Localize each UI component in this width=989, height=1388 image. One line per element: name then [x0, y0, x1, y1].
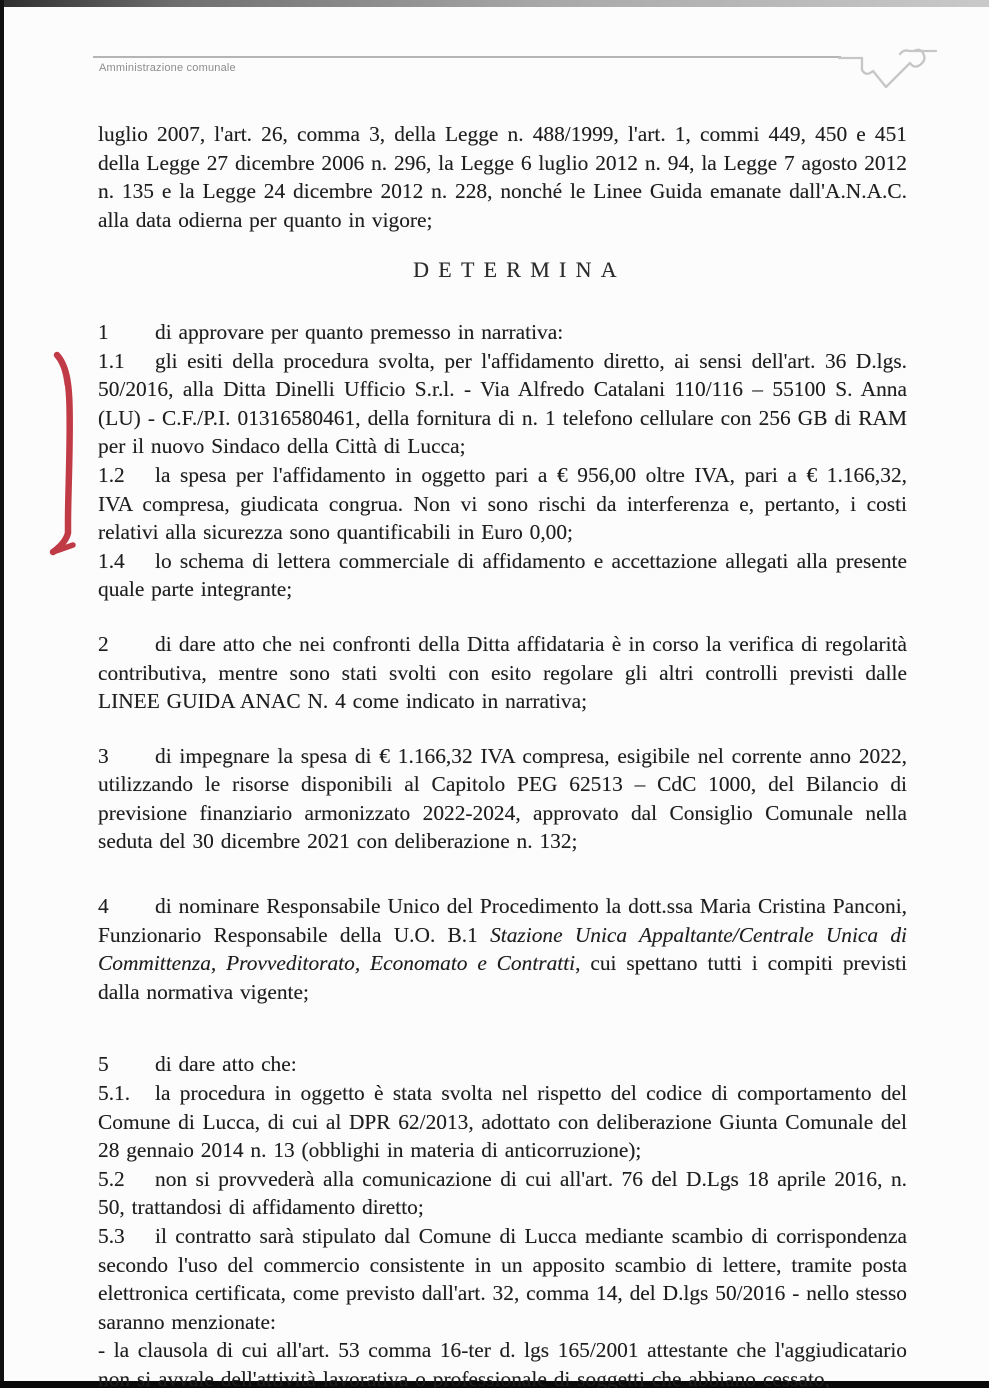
item-number: 1.4 [98, 547, 155, 576]
item-text: di dare atto che: [155, 1052, 297, 1076]
letterhead-label: Amministrazione comunale [99, 62, 236, 74]
item-text: la procedura in oggetto è stata svolta n… [98, 1081, 907, 1162]
item-number: 1.1 [98, 347, 155, 376]
item-5: 5di dare atto che: [98, 1050, 907, 1079]
item-text: il contratto sarà stipulato dal Comune d… [98, 1224, 907, 1334]
item-4: 4di nominare Responsabile Unico del Proc… [98, 892, 907, 1006]
item-number: 5.3 [98, 1222, 155, 1251]
document-body: luglio 2007, l'art. 26, comma 3, della L… [98, 120, 907, 1388]
item-number: 5.2 [98, 1165, 155, 1194]
item-number: 5 [98, 1050, 155, 1079]
item-number: 3 [98, 742, 155, 771]
item-5-3: 5.3il contratto sarà stipulato dal Comun… [98, 1222, 907, 1336]
item-text: la spesa per l'affidamento in oggetto pa… [98, 463, 907, 544]
item-text: di dare atto che nei confronti della Dit… [98, 632, 907, 713]
item-text: di impegnare la spesa di € 1.166,32 IVA … [98, 744, 907, 854]
item-text: lo schema di lettera commerciale di affi… [98, 549, 907, 602]
item-number: 4 [98, 892, 155, 921]
determina-heading: DETERMINA [132, 256, 907, 285]
item-text: di approvare per quanto premesso in narr… [155, 320, 563, 344]
item-3: 3di impegnare la spesa di € 1.166,32 IVA… [98, 742, 907, 856]
item-text: non si provvederà alla comunicazione di … [98, 1167, 907, 1220]
item-number: 5.1. [98, 1079, 155, 1108]
scan-edge-left [0, 0, 4, 1388]
item-number: 1 [98, 318, 155, 347]
letterhead-rule [93, 56, 841, 58]
item-2: 2di dare atto che nei confronti della Di… [98, 630, 907, 716]
item-1-2: 1.2la spesa per l'affidamento in oggetto… [98, 461, 907, 547]
intro-paragraph: luglio 2007, l'art. 26, comma 3, della L… [98, 120, 907, 234]
item-5-1: 5.1.la procedura in oggetto è stata svol… [98, 1079, 907, 1165]
item-number: 1.2 [98, 461, 155, 490]
item-text: - la clausola di cui all'art. 53 comma 1… [98, 1338, 907, 1388]
item-5-2: 5.2non si provvederà alla comunicazione … [98, 1165, 907, 1222]
item-text: gli esiti della procedura svolta, per l'… [98, 349, 907, 459]
item-1-1: 1.1gli esiti della procedura svolta, per… [98, 347, 907, 461]
scan-edge-top [0, 0, 989, 7]
item-1-4: 1.4lo schema di lettera commerciale di a… [98, 547, 907, 604]
red-margin-annotation-mark [46, 350, 86, 573]
scanned-document-page: Amministrazione comunale luglio 2007, l'… [0, 0, 989, 1388]
clause-dash: - la clausola di cui all'art. 53 comma 1… [98, 1336, 907, 1388]
item-1: 1di approvare per quanto premesso in nar… [98, 318, 907, 347]
ribbon-arrow-down-icon [838, 48, 940, 107]
item-number: 2 [98, 630, 155, 659]
